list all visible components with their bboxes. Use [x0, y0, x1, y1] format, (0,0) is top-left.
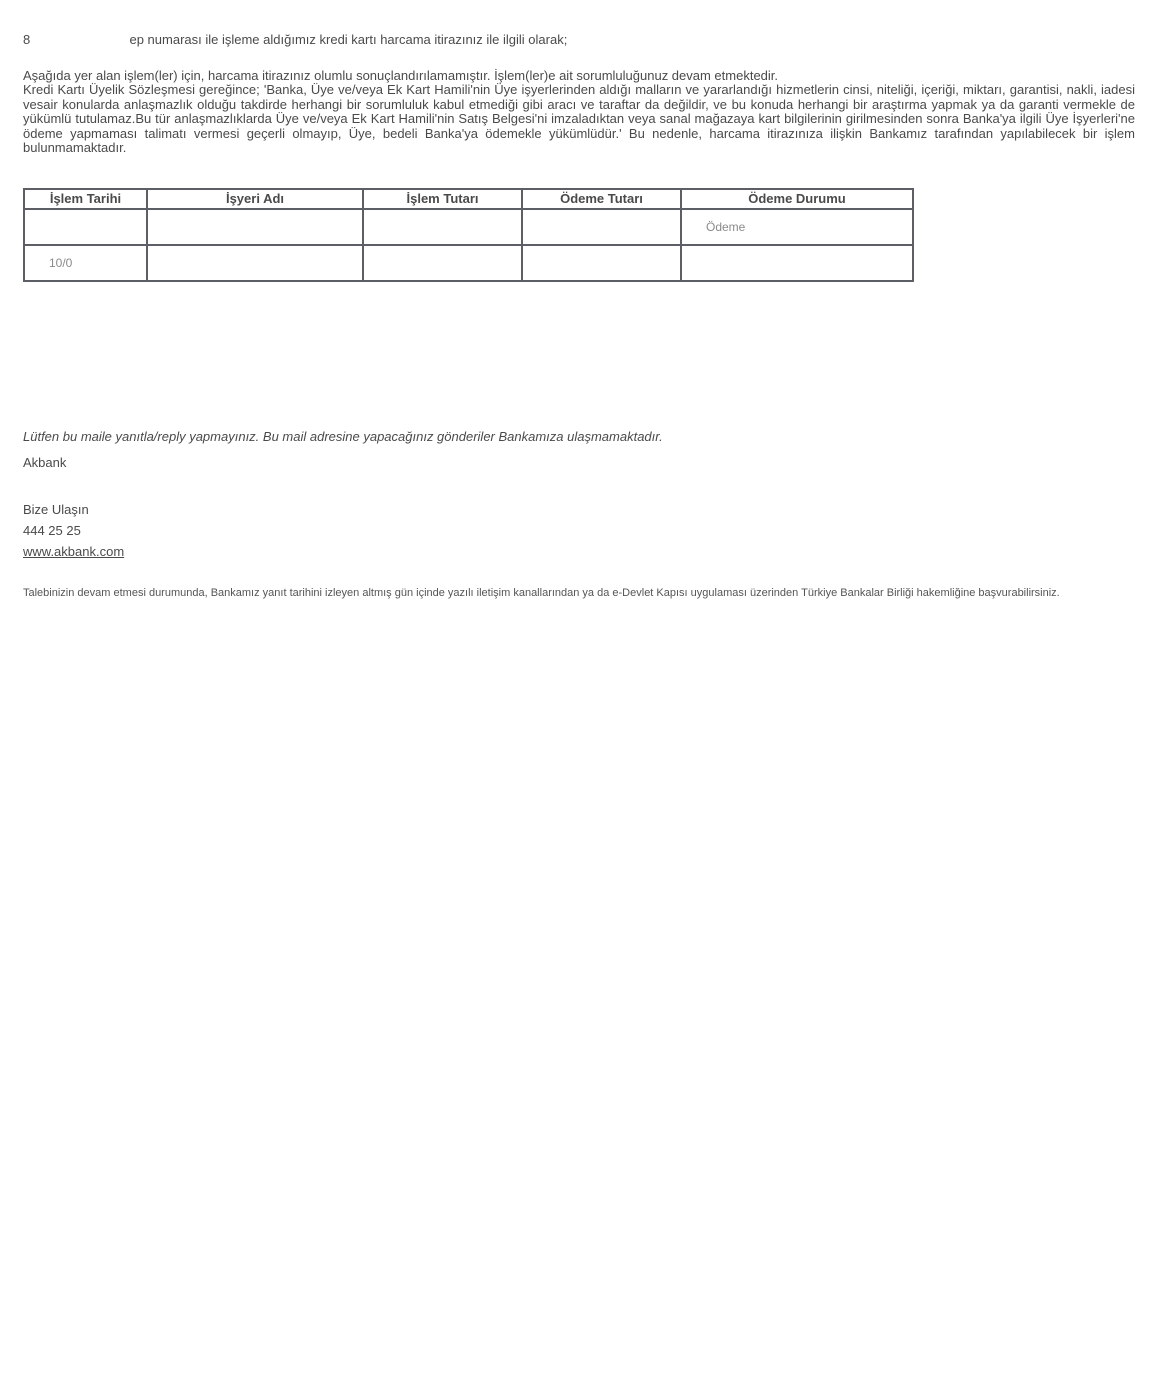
agreement-clause-text: Kredi Kartı Üyelik Sözleşmesi gereğince;… [23, 83, 1135, 155]
column-header-transaction-amount: İşlem Tutarı [363, 189, 522, 209]
table-row: 10/0 [24, 245, 913, 281]
column-header-transaction-date: İşlem Tarihi [24, 189, 147, 209]
table-header-row: İşlem Tarihi İşyeri Adı İşlem Tutarı Öde… [24, 189, 913, 209]
dispute-result-paragraph: Aşağıda yer alan işlem(ler) için, harcam… [23, 69, 1135, 155]
dispute-result-line: Aşağıda yer alan işlem(ler) için, harcam… [23, 69, 1135, 83]
contact-phone: 444 25 25 [23, 520, 124, 541]
table-row: Ödeme [24, 209, 913, 245]
signature-bank-name: Akbank [23, 455, 66, 471]
cell-payment-status [681, 245, 913, 281]
column-header-payment-amount: Ödeme Tutarı [522, 189, 681, 209]
contact-block: Bize Ulaşın 444 25 25 www.akbank.com [23, 499, 124, 562]
noreply-note: Lütfen bu maile yanıtla/reply yapmayınız… [23, 429, 663, 445]
website-link[interactable]: www.akbank.com [23, 544, 124, 559]
cell-payment-amount [522, 245, 681, 281]
column-header-payment-status: Ödeme Durumu [681, 189, 913, 209]
intro-prefix: 8 [23, 32, 30, 47]
cell-transaction-amount [363, 209, 522, 245]
cell-merchant-name [147, 245, 363, 281]
cell-transaction-date: 10/0 [24, 245, 147, 281]
cell-payment-amount [522, 209, 681, 245]
transactions-table-container: İşlem Tarihi İşyeri Adı İşlem Tutarı Öde… [23, 188, 912, 282]
redacted-request-number [34, 32, 126, 44]
legal-note: Talebinizin devam etmesi durumunda, Bank… [23, 586, 1103, 601]
column-header-merchant-name: İşyeri Adı [147, 189, 363, 209]
cell-merchant-name [147, 209, 363, 245]
intro-text: ep numarası ile işleme aldığımız kredi k… [129, 32, 567, 47]
transactions-table: İşlem Tarihi İşyeri Adı İşlem Tutarı Öde… [23, 188, 914, 282]
cell-payment-status: Ödeme [681, 209, 913, 245]
intro-line: 8 ep numarası ile işleme aldığımız kredi… [23, 32, 567, 48]
contact-heading: Bize Ulaşın [23, 499, 124, 520]
cell-transaction-date [24, 209, 147, 245]
cell-transaction-amount [363, 245, 522, 281]
